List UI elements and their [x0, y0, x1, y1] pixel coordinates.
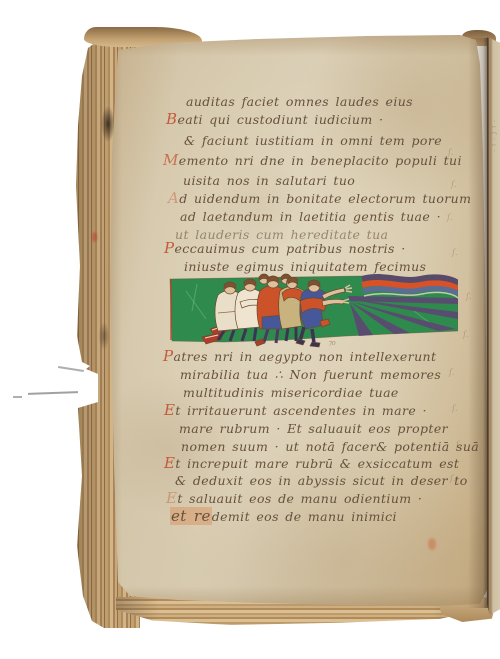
line-text: emento nri dne in beneplacito populi tui	[179, 153, 462, 168]
margin-gloss-mark: ſ.	[449, 368, 455, 377]
line-text: & faciunt iustitiam in omni tem pore	[184, 133, 442, 148]
rubric-initial: E	[164, 454, 175, 472]
manuscript-line: & faciunt iustitiam in omni tem pore	[184, 131, 442, 149]
pigment-fleck	[428, 538, 436, 550]
margin-gloss-mark: ſ.	[450, 474, 456, 483]
manuscript-line: & deduxit eos in abyssis sicut in deser …	[175, 471, 468, 489]
line-text: atres nri in aegypto non intellexerunt	[174, 349, 437, 364]
line-text: nomen suum · ut notā facer& potentiā suā	[181, 439, 479, 454]
rubric-initial: M	[163, 151, 179, 169]
line-text: ad laetandum in laetitia gentis tuae ·	[180, 209, 441, 224]
shoe	[310, 342, 320, 347]
manuscript-line: Et increpuit mare rubrū & exsiccatum est	[164, 454, 459, 472]
line-text: demit eos de manu inimici	[212, 509, 397, 524]
gutter-crease	[468, 38, 488, 608]
rubric-initial: E	[166, 489, 177, 507]
highlighted-initial: et re	[170, 507, 212, 525]
bookmark-thread	[28, 391, 78, 395]
rubric-initial: E	[164, 401, 175, 419]
line-text: & deduxit eos in abyssis sicut in deser …	[175, 473, 468, 488]
manuscript-line: Beati qui custodiunt iudicium ·	[166, 110, 383, 128]
manuscript-line: multitudinis misericordiae tuae	[183, 383, 399, 401]
line-text: auditas faciet omnes laudes eius	[186, 94, 413, 109]
page-tab-edge	[58, 366, 84, 372]
manuscript-line: mirabilia tua ∴ Non fuerunt memores	[180, 365, 441, 383]
manuscript-photo: ·ıſ·ı· auditas faciet omnes laudes eius …	[0, 0, 500, 659]
manuscript-line: Patres nri in aegypto non intellexerunt	[163, 347, 436, 365]
line-text: t saluauit eos de manu odientium ·	[177, 491, 422, 506]
margin-gloss-mark: ſ.	[466, 292, 472, 301]
manuscript-line: uisita nos in salutari tuo	[183, 171, 355, 189]
facing-page-showthrough: ·ıſ·ı·	[490, 120, 497, 156]
manuscript-line: nomen suum · ut notā facer& potentiā suā	[181, 437, 479, 455]
rubric-initial: P	[164, 239, 175, 257]
bookmark-thread	[13, 396, 22, 398]
margin-gloss-mark: ſ.	[456, 440, 462, 449]
margin-gloss-mark: ſ.	[451, 180, 457, 189]
shoe	[296, 339, 305, 345]
line-text: t irritauerunt ascendentes in mare ·	[175, 403, 427, 418]
manuscript-line: auditas faciet omnes laudes eius	[186, 92, 413, 110]
pigment-fleck	[92, 232, 97, 242]
manuscript-line: Et irritauerunt ascendentes in mare ·	[164, 401, 427, 419]
line-text: mirabilia tua ∴ Non fuerunt memores	[180, 367, 441, 382]
manuscript-line: Et saluauit eos de manu odientium ·	[166, 489, 422, 507]
rubric-initial: B	[166, 110, 177, 128]
manuscript-line: Ad uidendum in bonitate electorum tuorum	[168, 189, 471, 207]
margin-gloss-mark: ſ.	[463, 330, 469, 339]
margin-gloss-mark: ſ.	[452, 248, 458, 257]
rubric-initial: A	[168, 189, 179, 207]
manuscript-line: mare rubrum · Et saluauit eos propter	[179, 419, 448, 437]
line-text: eccauimus cum patribus nostris ·	[175, 241, 406, 256]
margin-gloss-mark: ſ.	[447, 213, 453, 222]
red-sea-miniature	[166, 271, 458, 349]
margin-gloss-mark: ſ.	[452, 404, 458, 413]
margin-gloss-mark: ſ.	[448, 148, 454, 157]
rubric-initial: P	[163, 347, 174, 365]
manuscript-line: ad laetandum in laetitia gentis tuae ·	[180, 207, 441, 225]
line-text: mare rubrum · Et saluauit eos propter	[179, 421, 448, 436]
manuscript-line: Peccauimus cum patribus nostris ·	[164, 239, 406, 257]
line-text: eati qui custodiunt iudicium ·	[177, 112, 383, 127]
line-text: t increpuit mare rubrū & exsiccatum est	[175, 456, 459, 471]
line-text: uisita nos in salutari tuo	[183, 173, 355, 188]
line-text: d uidendum in bonitate electorum tuorum	[179, 191, 471, 206]
line-text: multitudinis misericordiae tuae	[183, 385, 399, 400]
manuscript-line: Memento nri dne in beneplacito populi tu…	[163, 151, 462, 169]
manuscript-line: et redemit eos de manu inimici	[170, 507, 397, 525]
